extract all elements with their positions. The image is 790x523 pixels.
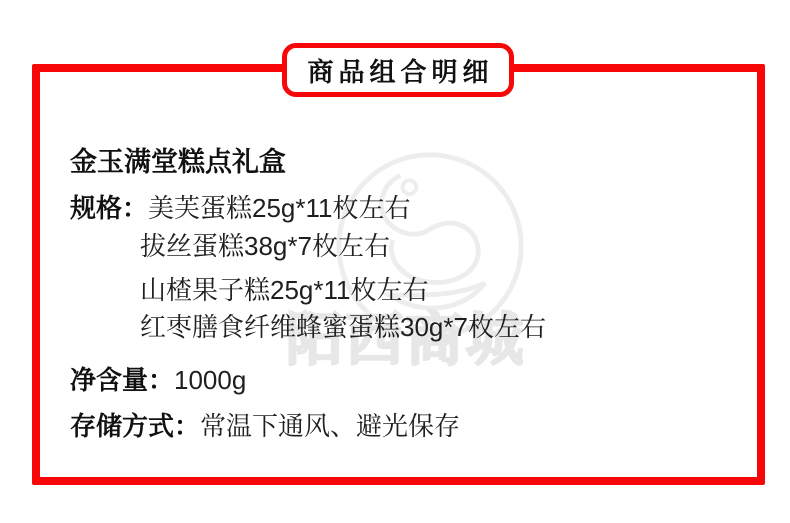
- storage-label: 存储方式：: [70, 411, 200, 441]
- spec-item: 山楂果子糕25g*11枚左右: [140, 270, 429, 310]
- spec-label: 规格：: [70, 193, 148, 223]
- spec-item: 拔丝蛋糕38g*7枚左右: [140, 226, 390, 266]
- spec-row: 规格：美芙蛋糕25g*11枚左右: [70, 188, 411, 228]
- spec-item: 美芙蛋糕25g*11枚左右: [148, 193, 411, 223]
- net-weight-value: 1000g: [174, 365, 246, 395]
- net-weight-row: 净含量：1000g: [70, 360, 246, 400]
- product-detail-card: 阳西商城 商品组合明细 金玉满堂糕点礼盒 规格：美芙蛋糕25g*11枚左右 拔丝…: [0, 0, 790, 523]
- storage-value: 常温下通风、避光保存: [200, 411, 460, 441]
- spec-item: 红枣膳食纤维蜂蜜蛋糕30g*7枚左右: [140, 307, 546, 347]
- net-weight-label: 净含量：: [70, 365, 174, 395]
- section-header-label: 商品组合明细: [302, 52, 493, 89]
- storage-row: 存储方式：常温下通风、避光保存: [70, 406, 460, 446]
- section-header-badge: 商品组合明细: [282, 43, 514, 97]
- product-title: 金玉满堂糕点礼盒: [70, 142, 286, 182]
